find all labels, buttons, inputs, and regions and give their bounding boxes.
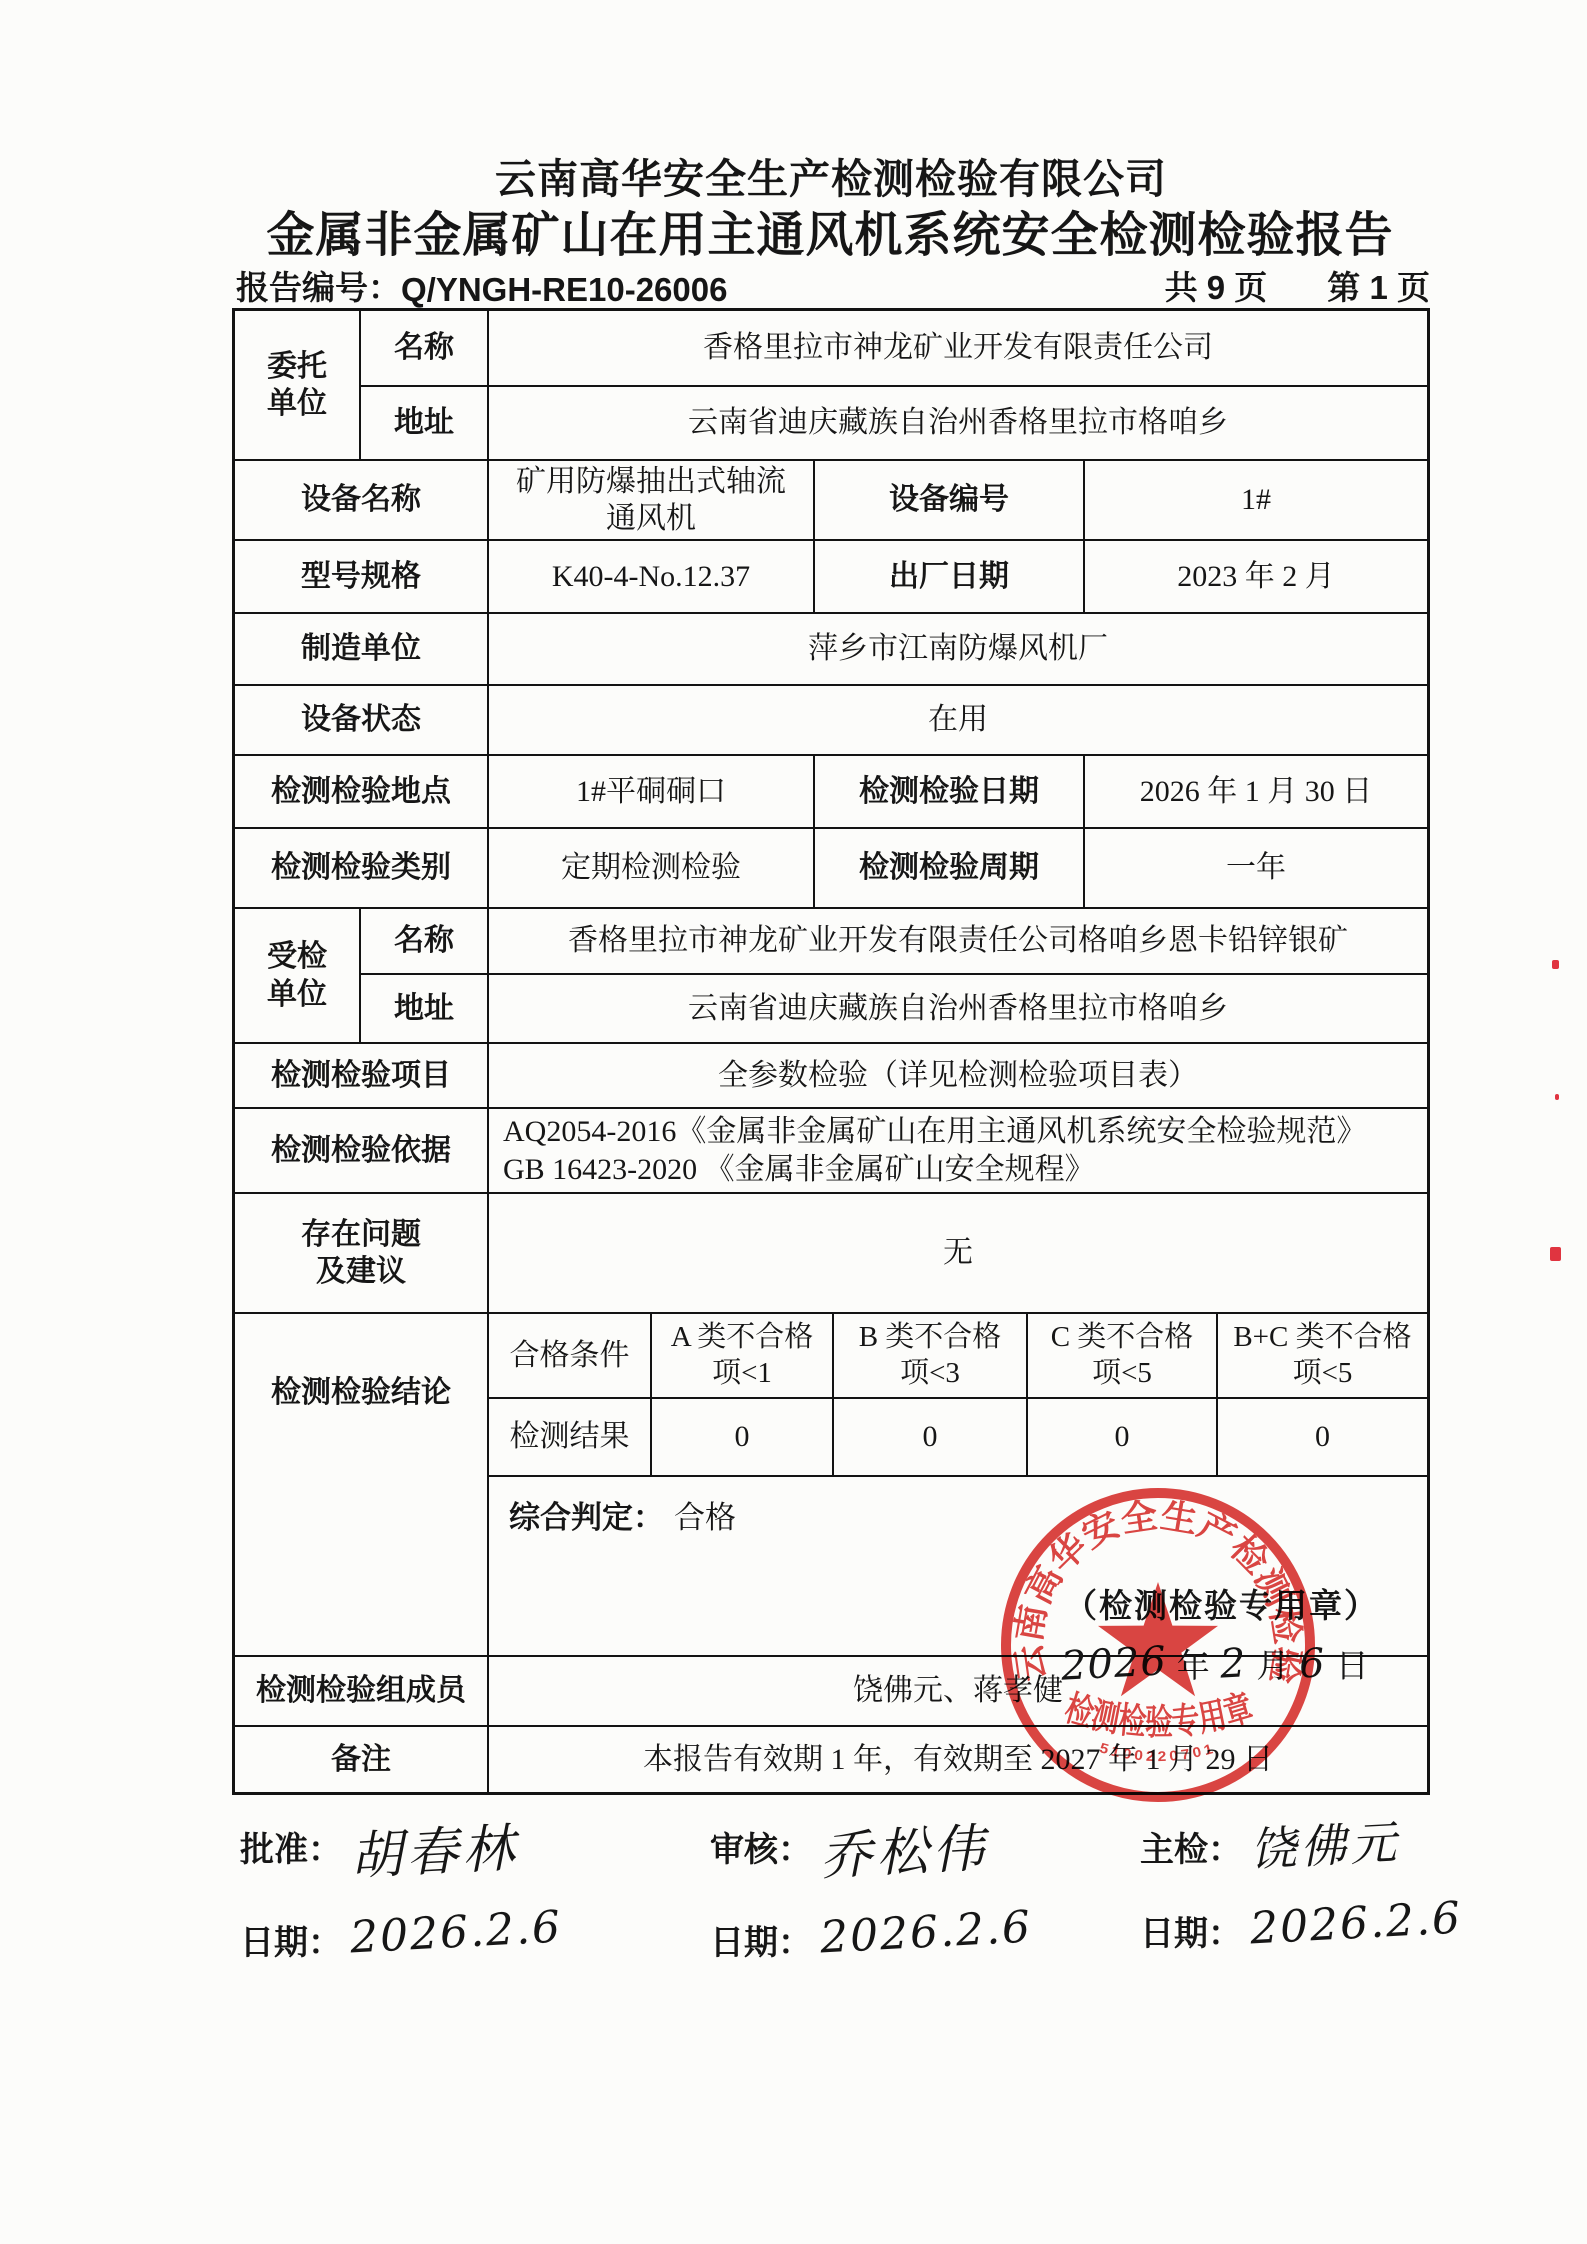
inspection-items-value: 全参数检验（详见检测检验项目表） xyxy=(487,1044,1427,1107)
problems-label: 存在问题 及建议 xyxy=(235,1194,487,1312)
table-row: 名称 香格里拉市神龙矿业开发有限责任公司格咱乡恩卡铅锌银矿 xyxy=(359,909,1427,973)
manufacturer-label: 制造单位 xyxy=(235,614,487,684)
conclusion-block: 检测检验结论 合格条件 A 类不合格 项<1 B 类不合格 项<3 C 类不合格… xyxy=(235,1312,1427,1655)
remark-value: 本报告有效期 1 年，有效期至 2027 年 1 月 29 日 xyxy=(487,1727,1427,1792)
overall-label: 综合判定： xyxy=(509,1499,664,1538)
model-label: 型号规格 xyxy=(235,541,487,612)
device-no-label: 设备编号 xyxy=(813,461,1083,539)
entrust-unit-rows: 名称 香格里拉市神龙矿业开发有限责任公司 地址 云南省迪庆藏族自治州香格里拉市格… xyxy=(359,311,1427,459)
inspected-address-value: 云南省迪庆藏族自治州香格里拉市格咱乡 xyxy=(487,975,1427,1042)
basis-line-1: AQ2054-2016《金属非金属矿山在用主通风机系统安全检验规范》 xyxy=(503,1113,1366,1151)
table-row: 地址 云南省迪庆藏族自治州香格里拉市格咱乡 xyxy=(359,385,1427,459)
month-unit: 月 xyxy=(1256,1647,1289,1684)
approve-signature: 胡春林 xyxy=(348,1806,520,1890)
scan-artifact xyxy=(1555,1094,1559,1100)
table-row: 检测检验地点 1#平硐硐口 检测检验日期 2026 年 1 月 30 日 xyxy=(235,754,1427,827)
seal-date-line: 2026年2月6日 xyxy=(1061,1639,1379,1689)
result-bc: 0 xyxy=(1216,1399,1427,1476)
table-row: 制造单位 萍乡市江南防爆风机厂 xyxy=(235,612,1427,684)
inspection-cycle-value: 一年 xyxy=(1083,829,1427,907)
table-row: 备注 本报告有效期 1 年，有效期至 2027 年 1 月 29 日 xyxy=(235,1725,1427,1792)
basis-line-2: GB 16423-2020 《金属非金属矿山安全规程》 xyxy=(503,1151,1095,1189)
condition-b: B 类不合格 项<3 xyxy=(832,1314,1026,1397)
chief-signature: 饶佛元 xyxy=(1248,1806,1401,1880)
entrust-name-value: 香格里拉市神龙矿业开发有限责任公司 xyxy=(487,311,1427,385)
entrust-unit-block: 委托 单位 名称 香格里拉市神龙矿业开发有限责任公司 地址 云南省迪庆藏族自治州… xyxy=(235,311,1427,459)
table-row: 设备名称 矿用防爆抽出式轴流 通风机 设备编号 1# xyxy=(235,459,1427,539)
seal-date-month: 2 xyxy=(1219,1638,1248,1689)
table-row: 检测检验依据 AQ2054-2016《金属非金属矿山在用主通风机系统安全检验规范… xyxy=(235,1107,1427,1192)
review-date: 2026.2.6 xyxy=(819,1901,1033,1963)
condition-a: A 类不合格 项<1 xyxy=(650,1314,832,1397)
entrust-address-value: 云南省迪庆藏族自治州香格里拉市格咱乡 xyxy=(487,387,1427,459)
approve-date-label: 日期： xyxy=(240,1915,342,1964)
overall-value: 合格 xyxy=(674,1499,736,1538)
condition-row: 合格条件 A 类不合格 项<1 B 类不合格 项<3 C 类不合格 项<5 B+… xyxy=(487,1314,1427,1397)
entrust-address-label: 地址 xyxy=(359,387,487,459)
chief-date-label: 日期： xyxy=(1140,1906,1242,1955)
approve-date: 2026.2.6 xyxy=(349,1901,563,1963)
manufacture-date-value: 2023 年 2 月 xyxy=(1083,541,1427,612)
inspected-name-value: 香格里拉市神龙矿业开发有限责任公司格咱乡恩卡铅锌银矿 xyxy=(487,909,1427,973)
review-label: 审核： xyxy=(710,1822,812,1871)
chief-date: 2026.2.6 xyxy=(1249,1892,1463,1954)
table-row: 型号规格 K40-4-No.12.37 出厂日期 2023 年 2 月 xyxy=(235,539,1427,612)
inspection-place-value: 1#平硐硐口 xyxy=(487,756,813,827)
manufacturer-value: 萍乡市江南防爆风机厂 xyxy=(487,614,1427,684)
report-page: 云南高华安全生产检测检验有限公司 金属非金属矿山在用主通风机系统安全检测检验报告… xyxy=(0,0,1587,2244)
review-date-label: 日期： xyxy=(710,1915,812,1964)
model-value: K40-4-No.12.37 xyxy=(487,541,813,612)
device-status-value: 在用 xyxy=(487,686,1427,754)
table-row: 检测检验项目 全参数检验（详见检测检验项目表） xyxy=(235,1042,1427,1107)
inspection-date-value: 2026 年 1 月 30 日 xyxy=(1083,756,1427,827)
device-name-label: 设备名称 xyxy=(235,461,487,539)
inspection-type-value: 定期检测检验 xyxy=(487,829,813,907)
current-page: 第 1 页 xyxy=(1327,262,1430,309)
scan-artifact xyxy=(1550,1247,1561,1261)
signature-block: 批准： 胡春林 日期： 2026.2.6 审核： 乔松伟 日期： 2026.2.… xyxy=(240,1822,1500,1964)
conclusion-label: 检测检验结论 xyxy=(235,1314,487,1655)
report-no-label: 报告编号： xyxy=(236,262,401,309)
inspection-basis-label: 检测检验依据 xyxy=(235,1109,487,1192)
condition-label: 合格条件 xyxy=(487,1314,650,1397)
table-row: 地址 云南省迪庆藏族自治州香格里拉市格咱乡 xyxy=(359,973,1427,1042)
report-no: Q/YNGH-RE10-26006 xyxy=(401,271,727,309)
result-label: 检测结果 xyxy=(487,1399,650,1476)
entrust-unit-label: 委托 单位 xyxy=(235,311,359,459)
approve-column: 批准： 胡春林 日期： 2026.2.6 xyxy=(240,1822,710,1964)
chief-column: 主检： 饶佛元 日期： 2026.2.6 xyxy=(1140,1822,1500,1964)
inspection-items-label: 检测检验项目 xyxy=(235,1044,487,1107)
inspection-place-label: 检测检验地点 xyxy=(235,756,487,827)
seal-note: （检测检验专用章） xyxy=(1064,1585,1379,1626)
inspection-cycle-label: 检测检验周期 xyxy=(813,829,1083,907)
result-c: 0 xyxy=(1026,1399,1216,1476)
overall-row: 综合判定： 合格 （检测检验专用章） 2026年2月6日 xyxy=(487,1475,1427,1655)
day-unit: 日 xyxy=(1336,1647,1369,1684)
manufacture-date-label: 出厂日期 xyxy=(813,541,1083,612)
device-status-label: 设备状态 xyxy=(235,686,487,754)
conclusion-rows: 合格条件 A 类不合格 项<1 B 类不合格 项<3 C 类不合格 项<5 B+… xyxy=(487,1314,1427,1655)
review-column: 审核： 乔松伟 日期： 2026.2.6 xyxy=(710,1822,1140,1964)
seal-date-day: 6 xyxy=(1298,1638,1327,1689)
inspection-date-label: 检测检验日期 xyxy=(813,756,1083,827)
inspected-address-label: 地址 xyxy=(359,975,487,1042)
remark-label: 备注 xyxy=(235,1727,487,1792)
table-row: 检测检验类别 定期检测检验 检测检验周期 一年 xyxy=(235,827,1427,907)
result-a: 0 xyxy=(650,1399,832,1476)
condition-c: C 类不合格 项<5 xyxy=(1026,1314,1216,1397)
condition-bc: B+C 类不合格 项<5 xyxy=(1216,1314,1427,1397)
inspected-name-label: 名称 xyxy=(359,909,487,973)
seal-date-year: 2026 xyxy=(1060,1636,1168,1691)
result-row: 检测结果 0 0 0 0 xyxy=(487,1397,1427,1476)
inspection-basis-value: AQ2054-2016《金属非金属矿山在用主通风机系统安全检验规范》 GB 16… xyxy=(487,1109,1427,1192)
inspected-unit-rows: 名称 香格里拉市神龙矿业开发有限责任公司格咱乡恩卡铅锌银矿 地址 云南省迪庆藏族… xyxy=(359,909,1427,1042)
scan-artifact xyxy=(1552,960,1559,969)
inspected-unit-label: 受检 单位 xyxy=(235,909,359,1042)
year-unit: 年 xyxy=(1177,1647,1210,1684)
report-title: 金属非金属矿山在用主通风机系统安全检测检验报告 xyxy=(160,196,1500,265)
device-no-value: 1# xyxy=(1083,461,1427,539)
report-table: 委托 单位 名称 香格里拉市神龙矿业开发有限责任公司 地址 云南省迪庆藏族自治州… xyxy=(232,308,1430,1795)
device-name-value: 矿用防爆抽出式轴流 通风机 xyxy=(487,461,813,539)
approve-label: 批准： xyxy=(240,1822,342,1871)
review-signature: 乔松伟 xyxy=(818,1806,990,1890)
problems-value: 无 xyxy=(487,1194,1427,1312)
team-label: 检测检验组成员 xyxy=(235,1657,487,1725)
result-b: 0 xyxy=(832,1399,1026,1476)
table-row: 存在问题 及建议 无 xyxy=(235,1192,1427,1312)
table-row: 名称 香格里拉市神龙矿业开发有限责任公司 xyxy=(359,311,1427,385)
total-pages: 共 9 页 xyxy=(1165,262,1268,309)
inspected-unit-block: 受检 单位 名称 香格里拉市神龙矿业开发有限责任公司格咱乡恩卡铅锌银矿 地址 云… xyxy=(235,907,1427,1042)
inspection-type-label: 检测检验类别 xyxy=(235,829,487,907)
overall-judgement: 综合判定： 合格 xyxy=(509,1499,736,1538)
entrust-name-label: 名称 xyxy=(359,311,487,385)
table-row: 设备状态 在用 xyxy=(235,684,1427,754)
report-meta-row: 报告编号： Q/YNGH-RE10-26006 共 9 页 第 1 页 xyxy=(236,262,1430,309)
chief-label: 主检： xyxy=(1140,1822,1242,1871)
